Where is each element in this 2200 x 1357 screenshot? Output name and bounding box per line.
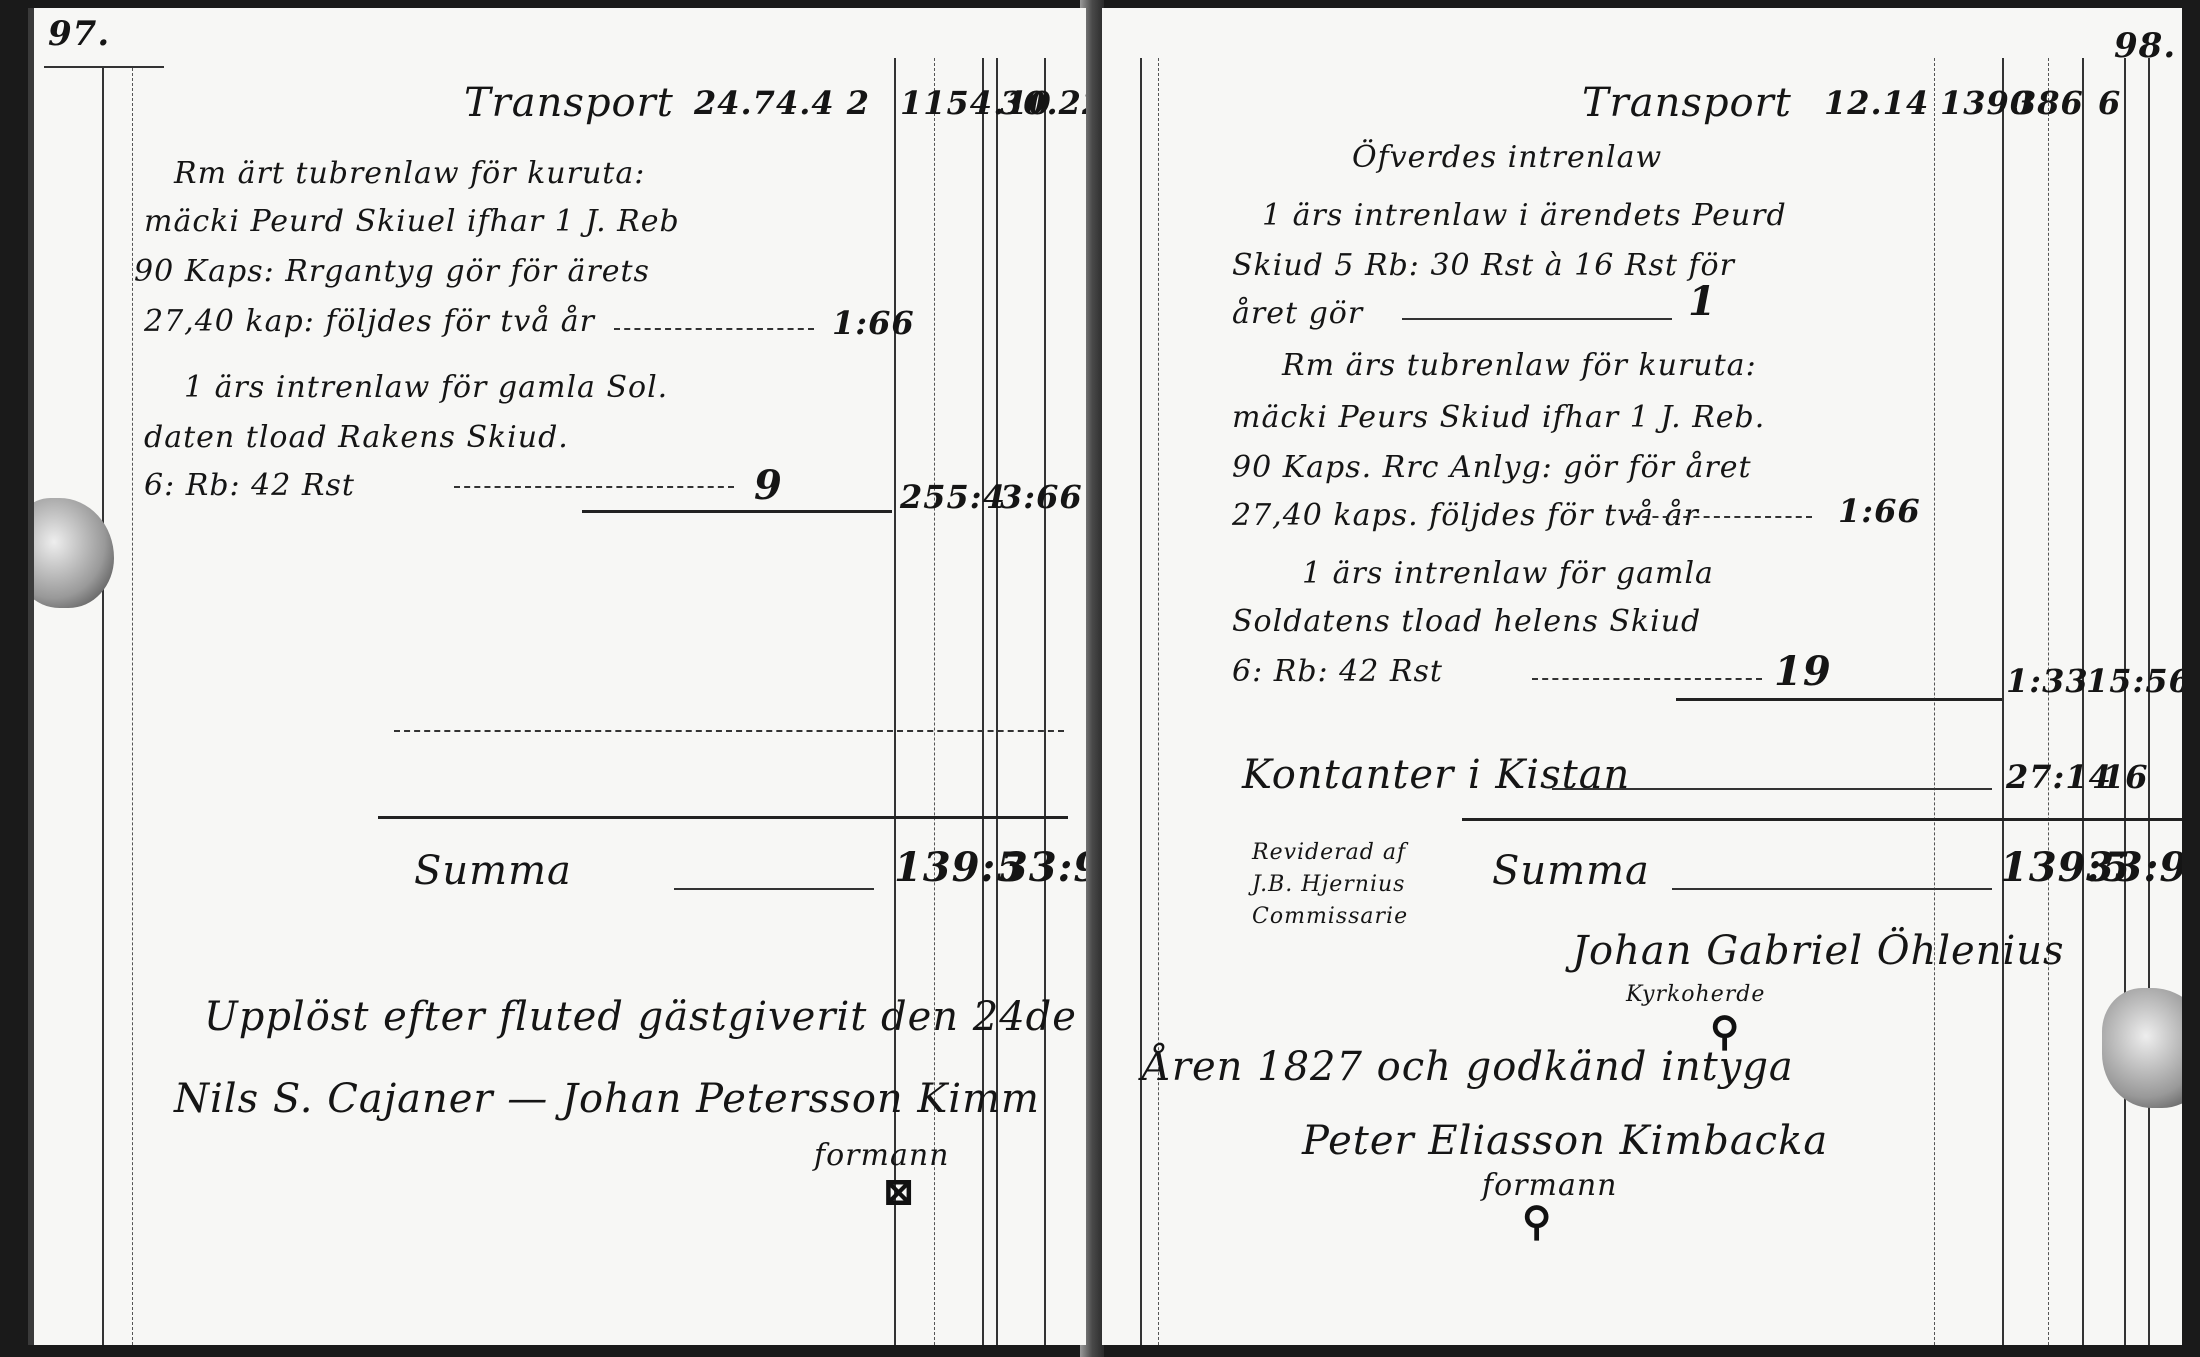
signature: Johan Gabriel Öhlenius <box>1572 928 2065 974</box>
column-line <box>2082 58 2084 1345</box>
contanter-value: 16 <box>2102 758 2149 796</box>
total-rule <box>1462 818 2182 821</box>
margin-line <box>1158 58 1159 1345</box>
transport-value: 386 <box>2014 84 2084 122</box>
leader-line <box>674 888 874 890</box>
entry-line: 6: Rb: 42 Rst <box>1232 654 1443 689</box>
revision-note: Commissarie <box>1252 904 1408 929</box>
entry-line: mäcki Peurs Skiud ifhar 1 J. Reb. <box>1232 400 1765 435</box>
entry-amount: 9 <box>754 462 783 509</box>
attest-name: Peter Eliasson Kimbacka <box>1302 1118 1828 1164</box>
right-page: 98. Transport 12.14 1390 386 6 Öfverdes … <box>1102 8 2182 1345</box>
entry-line: Skiud 5 Rb: 30 Rst à 16 Rst för <box>1232 248 1735 283</box>
subtotal-rule <box>1676 698 2002 701</box>
entry-line: 1 ärs intrenlaw för gamla <box>1302 556 1714 591</box>
transport-label: Transport <box>464 80 674 126</box>
summa-label: Summa <box>414 848 572 894</box>
transport-label: Transport <box>1582 80 1792 126</box>
entry-line: 1 ärs intrenlaw för gamla Sol. <box>184 370 668 405</box>
transport-value: 6 <box>2098 84 2121 122</box>
entry-line: året gör <box>1232 296 1363 331</box>
entry-line: 27,40 kap: följdes för två år <box>144 304 595 339</box>
leader-line <box>1632 516 1812 518</box>
subtotal-value: 1:33 <box>2006 662 2089 700</box>
transport-value: 24.74.4 2 <box>694 84 870 122</box>
attest-line: Åren 1827 och godkänd intyga <box>1142 1044 1794 1090</box>
entry-line: Rm ärt tubrenlaw för kuruta: <box>174 156 645 191</box>
leader-line <box>1672 888 1992 890</box>
leader-line <box>1402 318 1672 320</box>
margin-line <box>132 68 133 1345</box>
entry-line: Rm ärs tubrenlaw för kuruta: <box>1282 348 1757 383</box>
footer-line: Nils S. Cajaner — Johan Petersson Kimm <box>174 1076 1040 1122</box>
summa-value: 33:93 <box>1000 844 1086 891</box>
leader-line <box>454 486 734 488</box>
signature-mark-icon: ⚲ <box>1522 1198 1551 1245</box>
transport-value: 30.22 <box>1000 84 1086 122</box>
entry-line: 90 Kaps. Rrc Anlyg: gör för året <box>1232 450 1752 485</box>
entry-amount: 19 <box>1774 648 1832 695</box>
column-line <box>2124 58 2126 1345</box>
entry-amount: 1:66 <box>1838 492 1921 530</box>
leader-line <box>614 328 814 330</box>
signature-mark-icon: ⊠ <box>882 1168 916 1215</box>
subtotal-rule <box>582 510 892 513</box>
summa-value: 33:93 <box>2086 844 2182 891</box>
section-heading: Öfverdes intrenlaw <box>1352 140 1662 175</box>
subtotal-value: 15:56 <box>2086 662 2182 700</box>
revision-note: Reviderad af <box>1252 840 1406 865</box>
column-line <box>2048 58 2049 1345</box>
transport-value: 12.14 <box>1824 84 1929 122</box>
thumb-holding-page <box>2102 988 2182 1108</box>
total-rule <box>378 816 1068 819</box>
left-page: 97. Transport 24.74.4 2 1154.10 30.22 Rm… <box>28 8 1086 1345</box>
contanter-value: 27:14 <box>2006 758 2112 796</box>
contanter-label: Kontanter i Kistan <box>1242 752 1630 798</box>
leader-line <box>1532 678 1762 680</box>
entry-line: 6: Rb: 42 Rst <box>144 468 355 503</box>
page-number: 97. <box>48 14 110 54</box>
rule <box>394 730 1064 732</box>
rule <box>44 66 164 68</box>
margin-line <box>102 68 104 1345</box>
entry-line: mäcki Peurd Skiuel ifhar 1 J. Reb <box>144 204 680 239</box>
entry-amount: 1 <box>1688 278 1717 325</box>
column-line <box>2002 58 2004 1345</box>
entry-line: daten tload Rakens Skiud. <box>144 420 569 455</box>
leader-line <box>1552 788 1992 790</box>
column-line <box>1934 58 1935 1345</box>
column-line <box>996 58 998 1345</box>
summa-label: Summa <box>1492 848 1650 894</box>
subtotal-value: 255:4 <box>900 478 1006 516</box>
column-line <box>982 58 984 1345</box>
entry-amount: 1:66 <box>832 304 915 342</box>
margin-line <box>1140 58 1142 1345</box>
entry-line: 90 Kaps: Rrgantyg gör för ärets <box>134 254 650 289</box>
signature-title: Kyrkoherde <box>1626 982 1765 1007</box>
entry-line: Soldatens tload helens Skiud <box>1232 604 1701 639</box>
entry-line: 1 ärs intrenlaw i ärendets Peurd <box>1262 198 1787 233</box>
column-line <box>2148 58 2150 1345</box>
entry-line: 27,40 kaps. följdes för två år <box>1232 498 1699 533</box>
column-line <box>1044 58 1046 1345</box>
footer-line: Upplöst efter fluted gästgiverit den 24d… <box>204 994 1077 1040</box>
subtotal-value: 3:66 <box>1000 478 1083 516</box>
revision-note: J.B. Hjernius <box>1252 872 1405 897</box>
